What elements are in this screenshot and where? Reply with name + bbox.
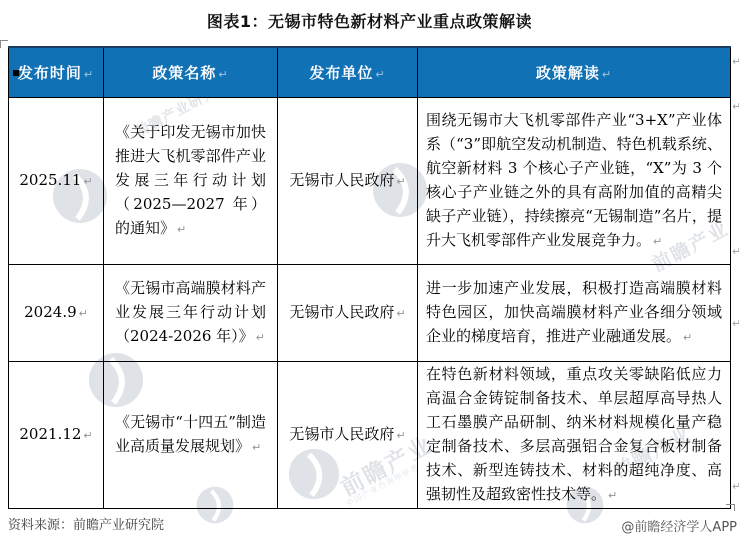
cell-publish-date: 2024.9↵ — [9, 264, 104, 361]
cell-text: 无锡市人民政府 — [289, 425, 394, 443]
table-row: 2024.9↵ 《无锡市高端膜材料产业发展三年行动计划（2024-2026 年）… — [9, 264, 731, 361]
cell-publish-date: 2025.11↵ — [9, 97, 104, 264]
col-header-policy-name: 政策名称↵ — [104, 47, 278, 97]
paragraph-mark-icon: ↵ — [396, 307, 405, 320]
row-end-mark-icon: ↵ — [732, 55, 739, 68]
cell-interpretation: 围绕无锡市大飞机零部件产业“3+X”产业体系（“3”即航空发动机制造、特色机载系… — [418, 97, 731, 264]
row-end-mark-icon: ↵ — [732, 317, 739, 330]
paragraph-mark-icon: ↵ — [252, 441, 261, 454]
cell-text: 《无锡市“十四五”制造业高质量发展规划》 — [115, 413, 266, 455]
paragraph-mark-icon: ↵ — [256, 331, 265, 344]
cell-text: 2025.11 — [19, 171, 81, 189]
policy-table: 发布时间↵ 政策名称↵ 发布单位↵ 政策解读↵ 2025.11↵ 《关于印发无锡… — [8, 46, 731, 509]
cell-text: 《无锡市高端膜材料产业发展三年行动计划（2024-2026 年）》 — [115, 279, 266, 345]
cell-interpretation: 在特色新材料领域，重点攻关零缺陷低应力高温合金铸锭制备技术、单层超厚高导热人工石… — [418, 361, 731, 508]
credit-note: @前瞻经济学人APP — [621, 516, 737, 535]
col-header-publish-date: 发布时间↵ — [9, 47, 104, 97]
paragraph-mark-icon: ↵ — [177, 223, 186, 236]
cell-text: 无锡市人民政府 — [289, 303, 394, 321]
table-resize-handle-icon — [726, 504, 735, 511]
cell-policy-name: 《关于印发无锡市加快推进大飞机零部件产业发展三年行动计划（2025—2027 年… — [104, 97, 278, 264]
data-source-note: 资料来源：前瞻产业研究院 — [8, 514, 164, 533]
cell-publish-date: 2021.12↵ — [9, 361, 104, 508]
paragraph-mark-icon: ↵ — [396, 175, 405, 188]
cell-issuer: 无锡市人民政府↵ — [278, 361, 418, 508]
paragraph-mark-icon: ↵ — [602, 68, 612, 81]
table-move-handle-icon — [0, 40, 8, 48]
header-label: 政策解读 — [536, 64, 600, 82]
row-end-mark-icon: ↵ — [732, 480, 739, 493]
cell-interpretation: 进一步加速产业发展，积极打造高端膜材料特色园区，加快高端膜材料产业各细分领域企业… — [418, 264, 731, 361]
cell-selection-marker-icon — [13, 70, 19, 76]
col-header-interpretation: 政策解读↵ — [418, 47, 731, 97]
table-row: 2025.11↵ 《关于印发无锡市加快推进大飞机零部件产业发展三年行动计划（20… — [9, 97, 731, 264]
table-row: 2021.12↵ 《无锡市“十四五”制造业高质量发展规划》↵ 无锡市人民政府↵ … — [9, 361, 731, 508]
cell-text: 围绕无锡市大飞机零部件产业“3+X”产业体系（“3”即航空发动机制造、特色机载系… — [426, 111, 722, 249]
header-row: 发布时间↵ 政策名称↵ 发布单位↵ 政策解读↵ — [9, 47, 731, 97]
paragraph-mark-icon: ↵ — [79, 307, 88, 320]
paragraph-mark-icon: ↵ — [375, 68, 385, 81]
cell-text: 2021.12 — [19, 425, 81, 443]
header-label: 发布单位 — [309, 64, 373, 82]
cell-policy-name: 《无锡市“十四五”制造业高质量发展规划》↵ — [104, 361, 278, 508]
cell-issuer: 无锡市人民政府↵ — [278, 264, 418, 361]
paragraph-mark-icon: ↵ — [218, 68, 228, 81]
cell-text: 2024.9 — [24, 303, 77, 321]
paragraph-mark-icon: ↵ — [396, 429, 405, 442]
cell-text: 《关于印发无锡市加快推进大飞机零部件产业发展三年行动计划（2025—2027 年… — [115, 123, 266, 237]
cell-issuer: 无锡市人民政府↵ — [278, 97, 418, 264]
paragraph-mark-icon: ↵ — [83, 175, 92, 188]
paragraph-mark-icon: ↵ — [84, 68, 94, 81]
paragraph-mark-icon: ↵ — [83, 429, 92, 442]
col-header-issuer: 发布单位↵ — [278, 47, 418, 97]
header-label: 政策名称 — [152, 64, 216, 82]
cell-text: 无锡市人民政府 — [289, 171, 394, 189]
header-label: 发布时间 — [18, 64, 82, 82]
cell-policy-name: 《无锡市高端膜材料产业发展三年行动计划（2024-2026 年）》↵ — [104, 264, 278, 361]
paragraph-mark-icon: ↵ — [683, 331, 692, 344]
cell-text: 在特色新材料领域，重点攻关零缺陷低应力高温合金铸锭制备技术、单层超厚高导热人工石… — [426, 365, 722, 503]
cell-text: 进一步加速产业发展，积极打造高端膜材料特色园区，加快高端膜材料产业各细分领域企业… — [426, 279, 722, 345]
figure-title: 图表1：无锡市特色新材料产业重点政策解读 — [0, 9, 739, 32]
paragraph-mark-icon: ↵ — [653, 235, 662, 248]
row-end-mark-icon: ↵ — [732, 245, 739, 258]
row-end-mark-icon: ↵ — [732, 100, 739, 113]
paragraph-mark-icon: ↵ — [608, 489, 617, 502]
